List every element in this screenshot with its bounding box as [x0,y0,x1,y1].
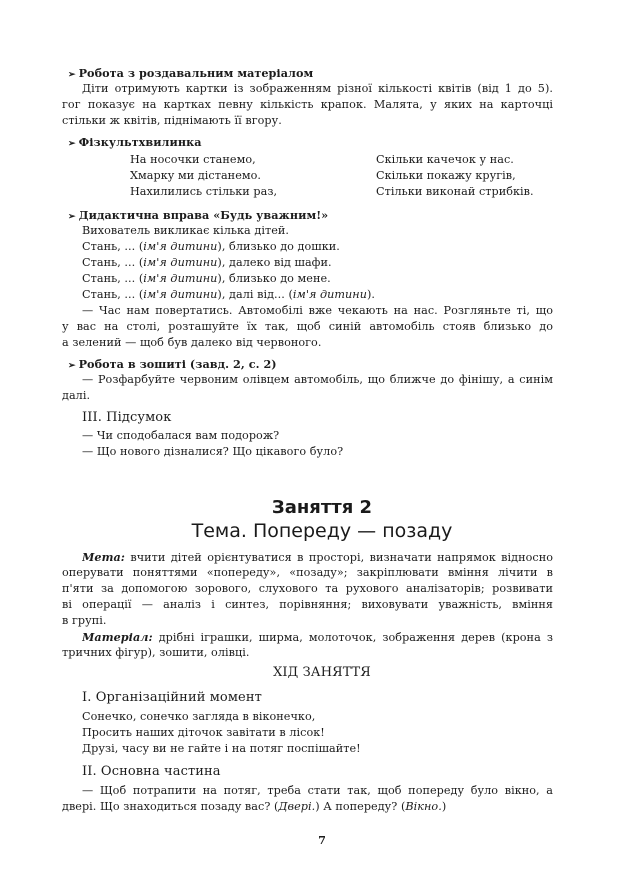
org-line: Друзі, часу ви не гайте і на потяг поспі… [82,742,361,756]
page-number: 7 [0,833,644,847]
summary-line: — Що нового дізналися? Що цікавого було? [82,445,343,459]
game-line: Стань, ... (ім'я дитини), близько до мен… [82,272,331,286]
org-line: Просить наших діточок завітати в лісок! [82,726,325,740]
summary-title: ІІІ. Підсумок [82,411,171,425]
game-line: Стань, ... (ім'я дитини), далеко від шаф… [82,256,332,270]
main-title: ІІ. Основна частина [82,765,221,779]
lesson-topic: Тема. Попереду — позаду [0,520,644,542]
arrow-bullet-icon: ➢ [68,212,76,222]
poem-line-right: Скільки покажу кругів, [376,169,516,183]
notebook-line: — Розфарбуйте червоним олівцем автомобіл… [82,373,553,387]
game-line: Стань, ... (ім'я дитини), близько до дош… [82,240,340,254]
course-title: ХІД ЗАНЯТТЯ [0,666,644,680]
lesson-number: Заняття 2 [0,497,644,518]
section-game-title: ➢Дидактична вправа «Будь уважним!» [68,208,328,224]
main-line: — Щоб потрапити на потяг, треба стати та… [82,784,553,798]
game-line: Стань, ... (ім'я дитини), далі від... (і… [82,288,375,302]
handout-line: стільки ж квітів, піднімають її вгору. [62,114,282,128]
poem-line-left: Хмарку ми дістанемо. [130,169,261,183]
handout-line: гог показує на картках певну кількість к… [62,98,553,112]
material-line: тричних фігур), зошити, олівці. [62,646,249,660]
goal-line: Мета: вчити дітей орієнтуватися в просто… [82,550,553,564]
goal-line: ві операції — аналіз і синтез, порівнянн… [62,598,553,612]
notebook-line: далі. [62,389,90,403]
org-line: Сонечко, сонечко загляда в віконечко, [82,710,315,724]
main-line: двері. Що знаходиться позаду вас? (Двері… [62,800,446,814]
game-paragraph-line: у вас на столі, розташуйте їх так, щоб с… [62,320,553,334]
handout-line: Діти отримують картки із зображенням різ… [82,82,553,96]
arrow-bullet-icon: ➢ [68,139,76,149]
section-notebook-title: ➢Робота в зошиті (завд. 2, с. 2) [68,357,277,373]
game-intro: Вихователь викликає кілька дітей. [82,224,289,238]
poem-line-right: Стільки виконай стрибків. [376,185,534,199]
game-paragraph-line: — Час нам повертатись. Автомобілі вже че… [82,304,553,318]
goal-line: оперувати поняттями «попереду», «позаду»… [62,566,553,580]
game-paragraph-line: а зелений — щоб був далеко від червоного… [62,336,321,350]
material-line: Матеріал: дрібні іграшки, ширма, молоточ… [82,630,553,644]
poem-line-right: Скільки качечок у нас. [376,153,514,167]
goal-line: в групі. [62,614,106,628]
section-handout-title: ➢Робота з роздавальним матеріалом [68,66,313,82]
summary-line: — Чи сподобалася вам подорож? [82,429,279,443]
arrow-bullet-icon: ➢ [68,70,76,80]
arrow-bullet-icon: ➢ [68,361,76,371]
goal-line: п'яти за допомогою зорового, слухового т… [62,582,553,596]
section-physical-title: ➢Фізкультхвилинка [68,135,202,151]
poem-line-left: Нахилились стільки раз, [130,185,277,199]
poem-line-left: На носочки станемо, [130,153,256,167]
org-title: І. Організаційний момент [82,691,262,705]
